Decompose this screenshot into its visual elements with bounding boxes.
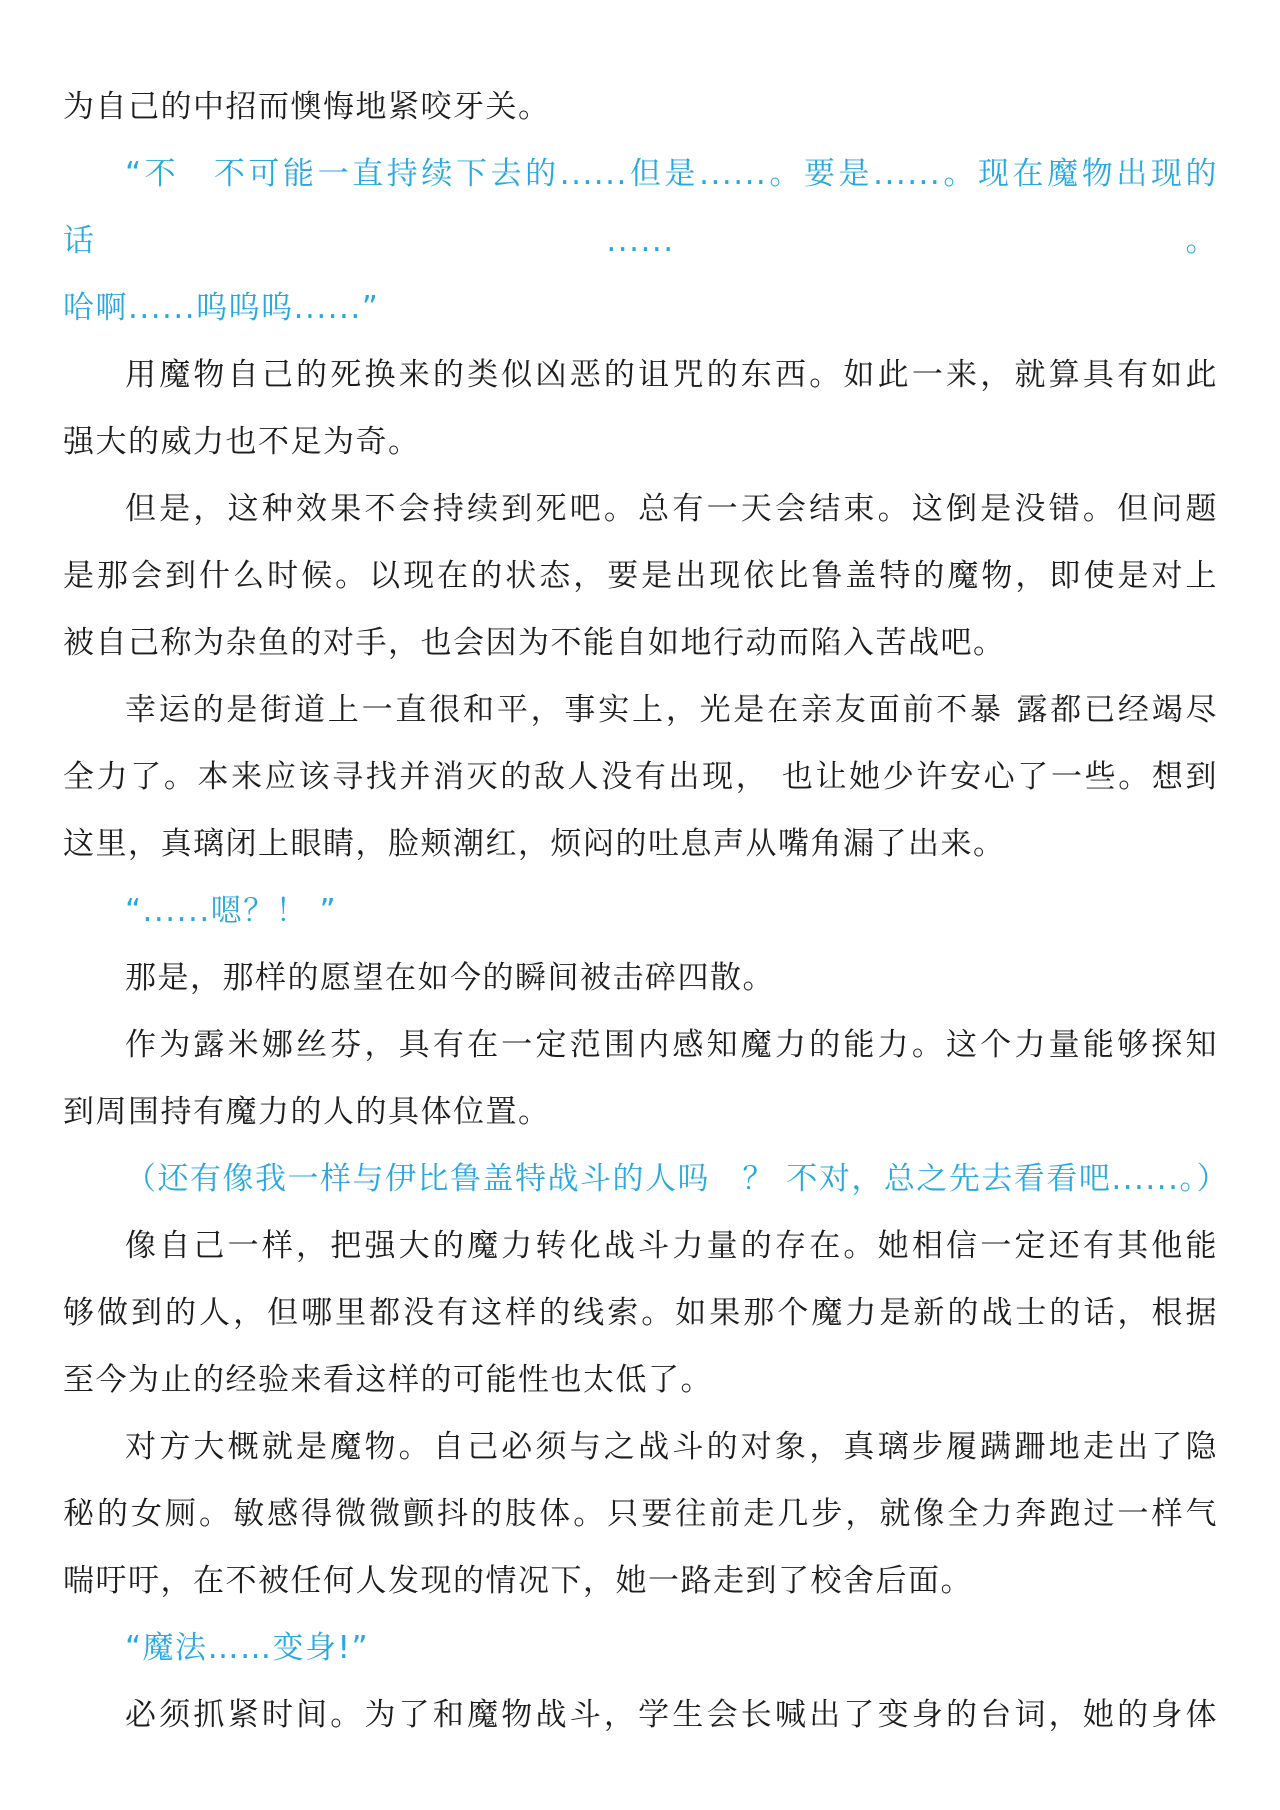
text-line: “不 不可能一直持续下去的......但是......。要是......。现在魔… — [63, 141, 1218, 275]
text-line: 够做到的人，但哪里都没有这样的线索。如果那个魔力是新的战士的话，根据 — [63, 1280, 1218, 1347]
text-line: 是那会到什么时候。以现在的状态，要是出现依比鲁盖特的魔物，即使是对上 — [63, 543, 1218, 610]
text-line: 喘吁吁，在不被任何人发现的情况下，她一路走到了校舍后面。 — [63, 1548, 1218, 1615]
text-line: 但是，这种效果不会持续到死吧。总有一天会结束。这倒是没错。但问题 — [63, 476, 1218, 543]
text-line: 必须抓紧时间。为了和魔物战斗，学生会长喊出了变身的台词，她的身体 — [63, 1682, 1218, 1749]
text-line: “魔法……变身!” — [63, 1615, 1218, 1682]
text-line: 用魔物自己的死换来的类似凶恶的诅咒的东西。如此一来，就算具有如此 — [63, 342, 1218, 409]
text-line: “......嗯？！ ” — [63, 878, 1218, 945]
text-line: 至今为止的经验来看这样的可能性也太低了。 — [63, 1347, 1218, 1414]
text-line: 全力了。本来应该寻找并消灭的敌人没有出现， 也让她少许安心了一些。想到 — [63, 744, 1218, 811]
text-line: 强大的威力也不足为奇。 — [63, 409, 1218, 476]
text-line: 这里，真璃闭上眼睛，脸颊潮红，烦闷的吐息声从嘴角漏了出来。 — [63, 811, 1218, 878]
text-line: 哈啊......呜呜呜......” — [63, 275, 1218, 342]
text-line: 幸运的是街道上一直很和平，事实上，光是在亲友面前不暴 露都已经竭尽 — [63, 677, 1218, 744]
text-block: 为自己的中招而懊悔地紧咬牙关。“不 不可能一直持续下去的......但是....… — [63, 74, 1218, 1749]
text-line: 为自己的中招而懊悔地紧咬牙关。 — [63, 74, 1218, 141]
text-line: （还有像我一样与伊比鲁盖特战斗的人吗 ？ 不对，总之先去看看吧......。） — [63, 1146, 1218, 1213]
novel-page: 为自己的中招而懊悔地紧咬牙关。“不 不可能一直持续下去的......但是....… — [0, 0, 1280, 1810]
text-line: 作为露米娜丝芬，具有在一定范围内感知魔力的能力。这个力量能够探知 — [63, 1012, 1218, 1079]
text-line: 秘的女厕。敏感得微微颤抖的肢体。只要往前走几步，就像全力奔跑过一样气 — [63, 1481, 1218, 1548]
text-line: 对方大概就是魔物。自己必须与之战斗的对象，真璃步履蹒跚地走出了隐 — [63, 1414, 1218, 1481]
text-line: 像自己一样，把强大的魔力转化战斗力量的存在。她相信一定还有其他能 — [63, 1213, 1218, 1280]
text-line: 那是，那样的愿望在如今的瞬间被击碎四散。 — [63, 945, 1218, 1012]
text-line: 到周围持有魔力的人的具体位置。 — [63, 1079, 1218, 1146]
text-line: 被自己称为杂鱼的对手，也会因为不能自如地行动而陷入苦战吧。 — [63, 610, 1218, 677]
